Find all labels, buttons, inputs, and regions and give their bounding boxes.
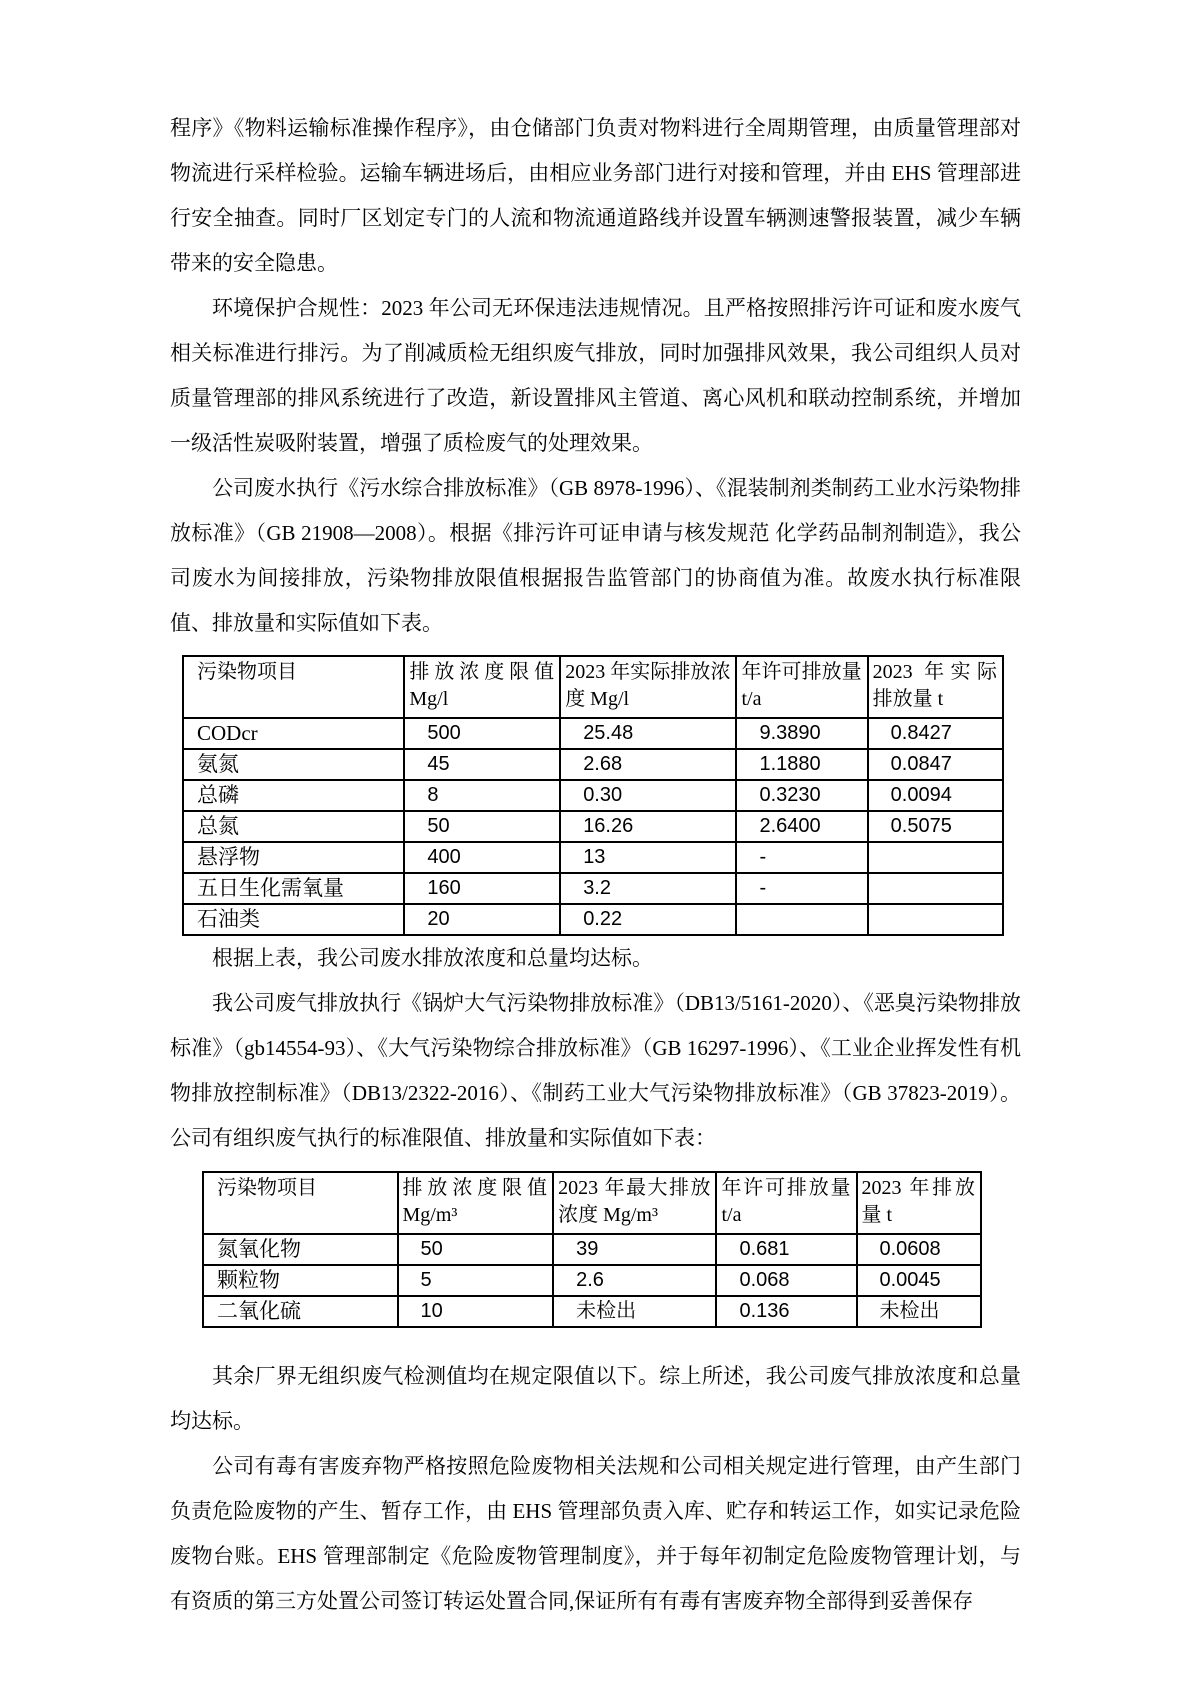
table-row: 二氧化硫 10 未检出 0.136 未检出 [203, 1296, 981, 1327]
table-cell: 氮氧化物 [203, 1234, 398, 1265]
table-row: 颗粒物 5 2.6 0.068 0.0045 [203, 1265, 981, 1296]
table-row: 氨氮 45 2.68 1.1880 0.0847 [183, 749, 1003, 780]
table-cell: 悬浮物 [183, 842, 404, 873]
table-row: 总磷 8 0.30 0.3230 0.0094 [183, 780, 1003, 811]
paragraph-exhaust-conclusion: 其余厂界无组织废气检测值均在规定限值以下。综上所述，我公司废气排放浓度和总量均达… [170, 1354, 1021, 1444]
wastewater-table: 污染物项目 排放浓度限值 Mg/l 2023 年实际排放浓度 Mg/l 年许可排… [182, 655, 1004, 936]
exhaust-gas-table: 污染物项目 排放浓度限值 Mg/m³ 2023 年最大排放浓度 Mg/m³ 年许… [202, 1171, 982, 1328]
table-cell: 未检出 [857, 1296, 982, 1327]
table-cell: 总氮 [183, 811, 404, 842]
table-cell: 0.0094 [868, 780, 1003, 811]
table-cell: 五日生化需氧量 [183, 873, 404, 904]
table-cell: 颗粒物 [203, 1265, 398, 1296]
table-cell: 二氧化硫 [203, 1296, 398, 1327]
table-header-row: 污染物项目 排放浓度限值 Mg/l 2023 年实际排放浓度 Mg/l 年许可排… [183, 656, 1003, 718]
table-cell [868, 904, 1003, 935]
table-cell: 500 [404, 718, 560, 749]
paragraph-exhaust-standards: 我公司废气排放执行《锅炉大气污染物排放标准》（DB13/5161-2020）、《… [170, 981, 1021, 1161]
table-cell: 16.26 [560, 811, 736, 842]
table-cell: 石油类 [183, 904, 404, 935]
table-cell: 160 [404, 873, 560, 904]
column-header-actual-amount: 2023 年实际排放量 t [868, 656, 1003, 718]
table-cell: 0.681 [716, 1234, 856, 1265]
table-row: 氮氧化物 50 39 0.681 0.0608 [203, 1234, 981, 1265]
table-cell: 0.0608 [857, 1234, 982, 1265]
column-header-pollutant: 污染物项目 [183, 656, 404, 718]
table-cell: 0.22 [560, 904, 736, 935]
paragraph-material-management: 程序》《物料运输标准操作程序》，由仓储部门负责对物料进行全周期管理，由质量管理部… [170, 106, 1021, 286]
paragraph-environmental-compliance: 环境保护合规性：2023 年公司无环保违法违规情况。且严格按照排污许可证和废水废… [170, 286, 1021, 466]
column-header-actual-concentration: 2023 年实际排放浓度 Mg/l [560, 656, 736, 718]
table-cell: 25.48 [560, 718, 736, 749]
document-page: 程序》《物料运输标准操作程序》，由仓储部门负责对物料进行全周期管理，由质量管理部… [0, 0, 1191, 1684]
table-cell: 50 [398, 1234, 554, 1265]
paragraph-wastewater-standards: 公司废水执行《污水综合排放标准》（GB 8978-1996）、《混装制剂类制药工… [170, 466, 1021, 646]
table-cell: 3.2 [560, 873, 736, 904]
table-cell: 0.8427 [868, 718, 1003, 749]
table-cell: 400 [404, 842, 560, 873]
table-cell: 2.68 [560, 749, 736, 780]
table-header-row: 污染物项目 排放浓度限值 Mg/m³ 2023 年最大排放浓度 Mg/m³ 年许… [203, 1172, 981, 1234]
table-cell: 0.0847 [868, 749, 1003, 780]
table-cell: 0.5075 [868, 811, 1003, 842]
table-cell: 0.068 [716, 1265, 856, 1296]
column-header-limit: 排放浓度限值 Mg/m³ [398, 1172, 554, 1234]
table-cell: 氨氮 [183, 749, 404, 780]
table-cell: 5 [398, 1265, 554, 1296]
table-cell: 13 [560, 842, 736, 873]
table-row: 石油类 20 0.22 [183, 904, 1003, 935]
table-cell [868, 842, 1003, 873]
table-cell: 2.6 [553, 1265, 716, 1296]
table-cell: 20 [404, 904, 560, 935]
table-cell: 1.1880 [736, 749, 867, 780]
table-row: CODcr 500 25.48 9.3890 0.8427 [183, 718, 1003, 749]
table-row: 总氮 50 16.26 2.6400 0.5075 [183, 811, 1003, 842]
table-cell: 8 [404, 780, 560, 811]
paragraph-wastewater-conclusion: 根据上表，我公司废水排放浓度和总量均达标。 [170, 936, 1021, 981]
table-row: 悬浮物 400 13 - [183, 842, 1003, 873]
column-header-limit: 排放浓度限值 Mg/l [404, 656, 560, 718]
table-cell: - [736, 842, 867, 873]
table-cell: 0.30 [560, 780, 736, 811]
column-header-max-concentration: 2023 年最大排放浓度 Mg/m³ [553, 1172, 716, 1234]
column-header-permitted-amount: 年许可排放量 t/a [736, 656, 867, 718]
table-cell: CODcr [183, 718, 404, 749]
table-cell: 0.3230 [736, 780, 867, 811]
table-cell: 45 [404, 749, 560, 780]
column-header-annual-amount: 2023 年排放量 t [857, 1172, 982, 1234]
table-cell: 0.136 [716, 1296, 856, 1327]
column-header-pollutant: 污染物项目 [203, 1172, 398, 1234]
table-cell [868, 873, 1003, 904]
table-cell: 0.0045 [857, 1265, 982, 1296]
table-cell [736, 904, 867, 935]
table-cell: 39 [553, 1234, 716, 1265]
table-row: 五日生化需氧量 160 3.2 - [183, 873, 1003, 904]
table-cell: - [736, 873, 867, 904]
table-cell: 10 [398, 1296, 554, 1327]
table-cell: 50 [404, 811, 560, 842]
paragraph-hazardous-waste: 公司有毒有害废弃物严格按照危险废物相关法规和公司相关规定进行管理，由产生部门负责… [170, 1444, 1021, 1624]
table-cell: 总磷 [183, 780, 404, 811]
table-cell: 9.3890 [736, 718, 867, 749]
column-header-permitted-amount: 年许可排放量 t/a [716, 1172, 856, 1234]
table-cell: 2.6400 [736, 811, 867, 842]
table-cell: 未检出 [553, 1296, 716, 1327]
